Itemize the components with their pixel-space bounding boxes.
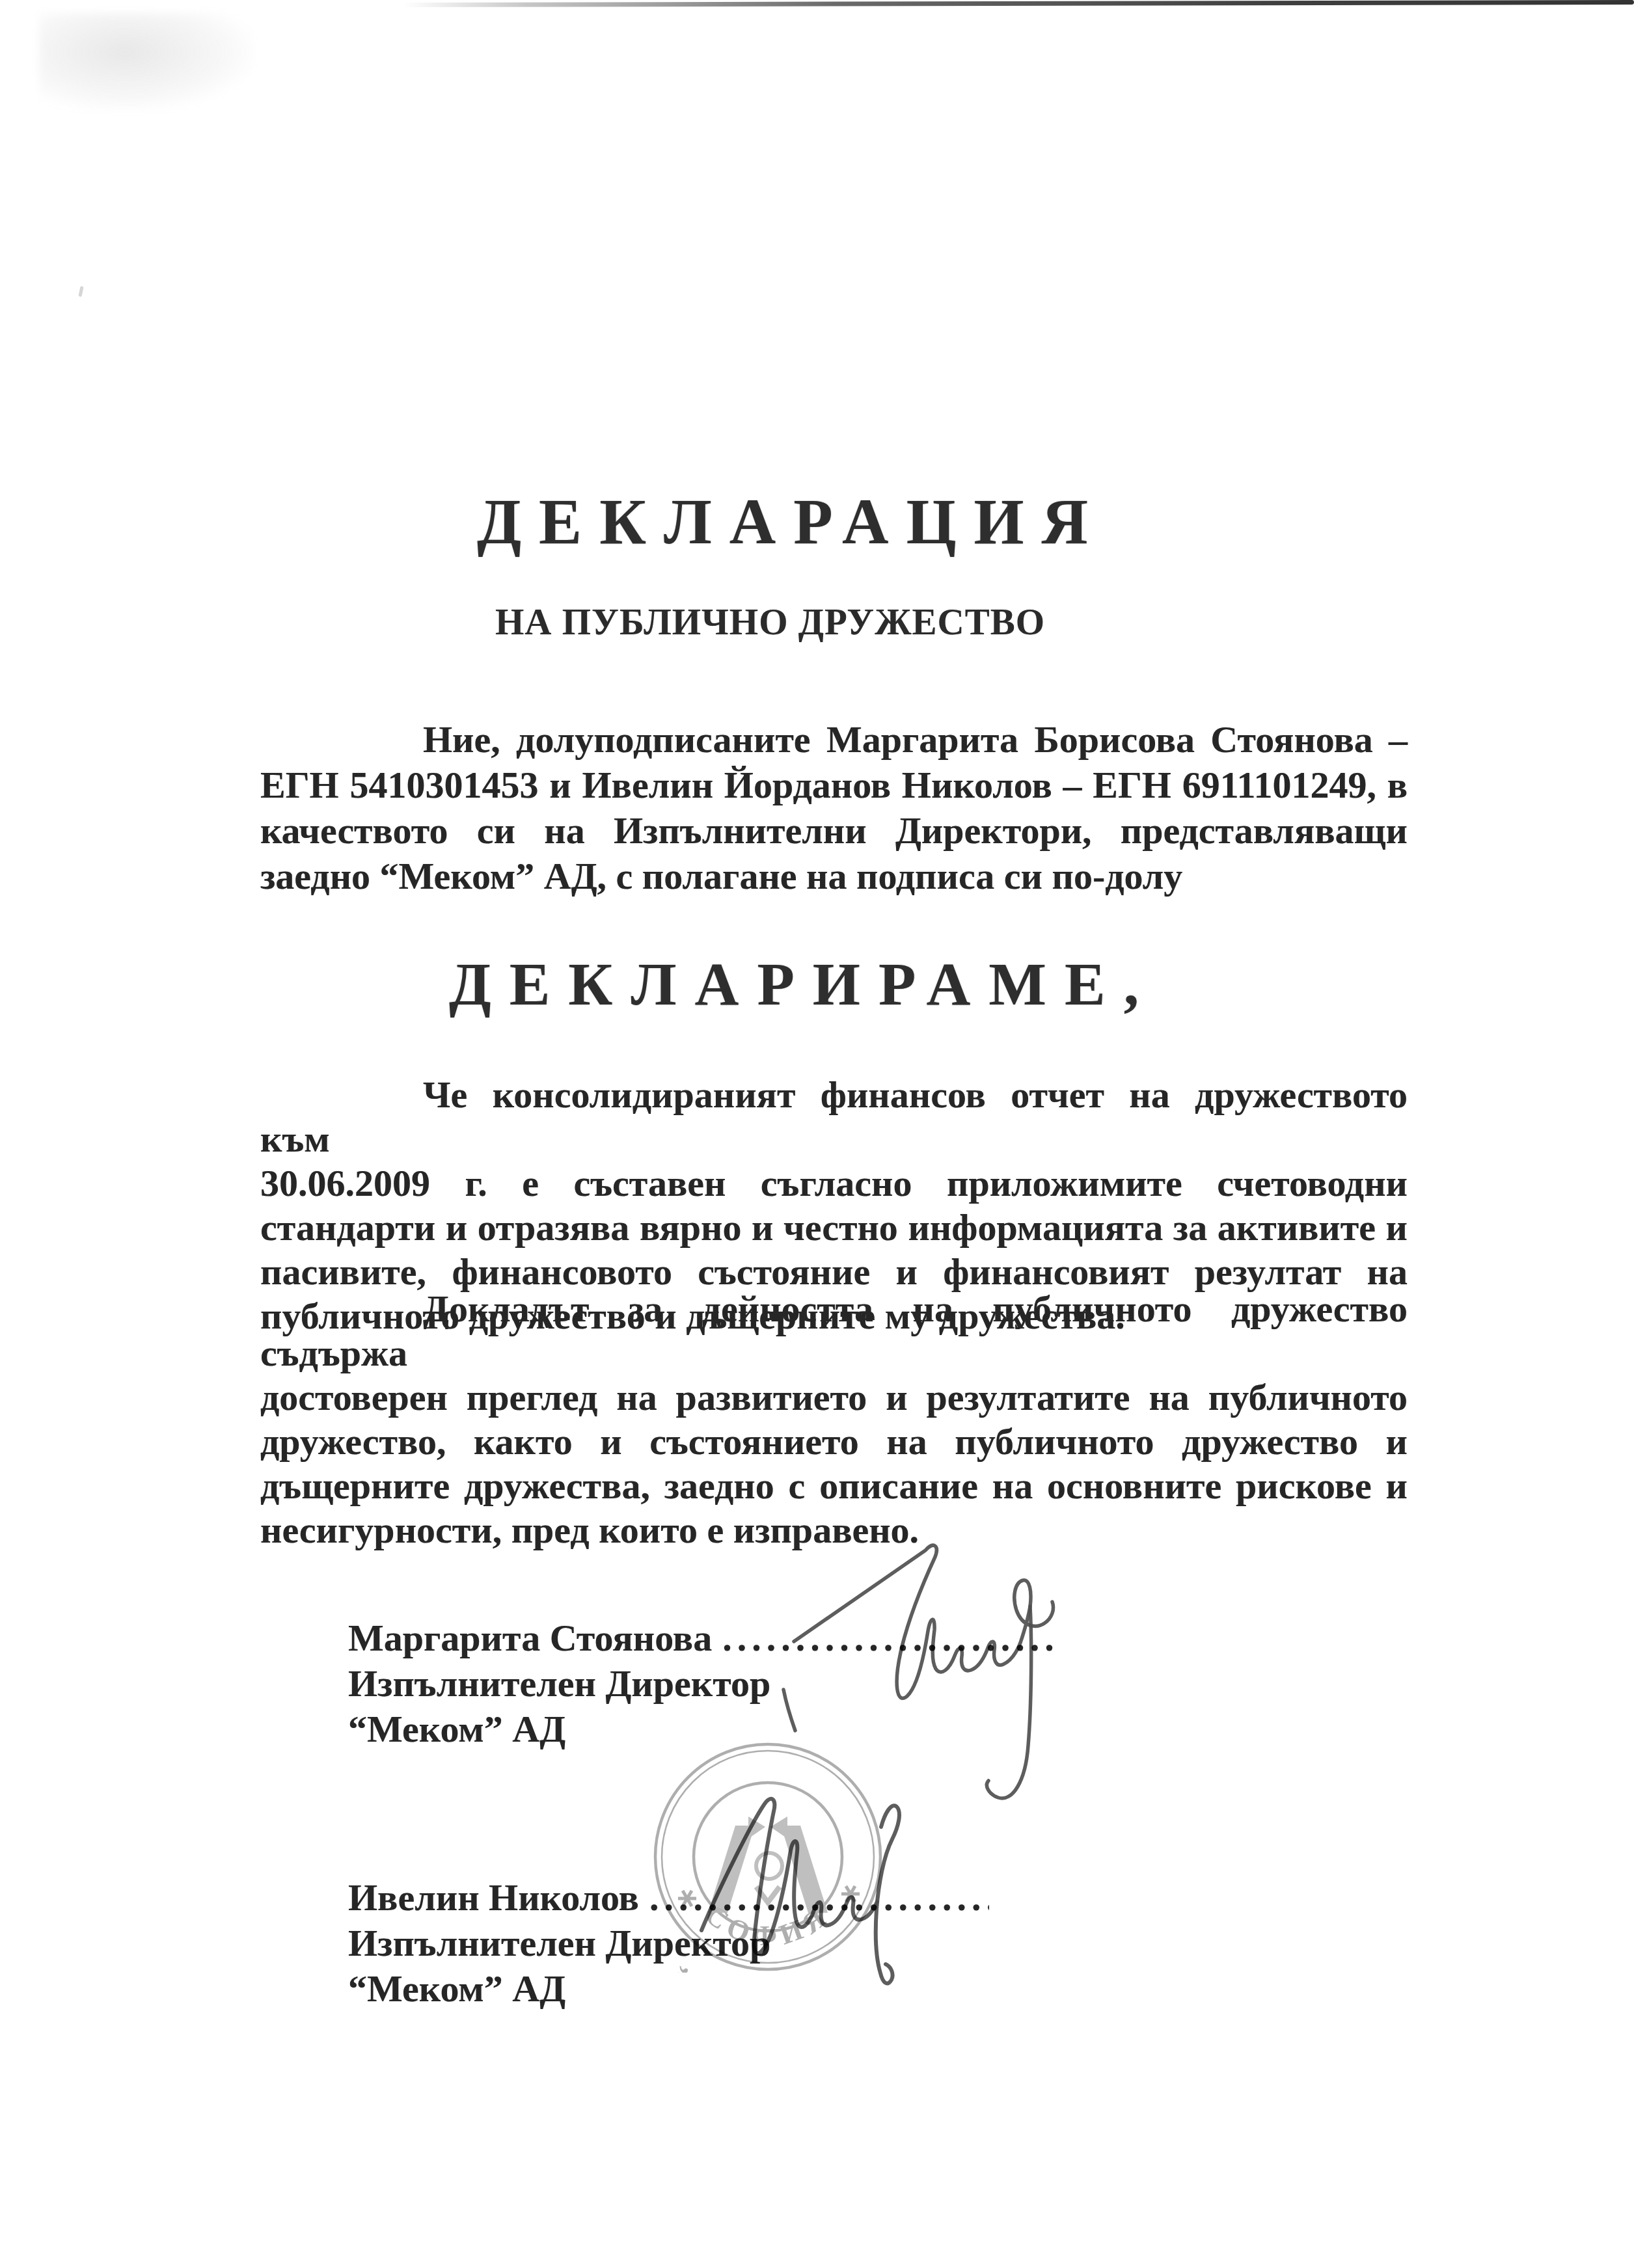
paragraph-line: Ние, долуподписаните Маргарита Борисова … [260, 717, 1408, 763]
paragraph-line: заедно “Меком” АД, с полагане на подписа… [260, 854, 1408, 899]
paragraph-line: стандарти и отразява вярно и честно инфо… [260, 1206, 1408, 1250]
paragraph-line: достоверен преглед на развитието и резул… [260, 1375, 1408, 1420]
paragraph-line: 30.06.2009 г. е съставен съгласно прилож… [260, 1161, 1408, 1206]
scanned-declaration-page: ДЕКЛАРАЦИЯ НА ПУБЛИЧНО ДРУЖЕСТВО Ние, до… [0, 0, 1634, 2268]
paragraph-declarants: Ние, долуподписаните Маргарита Борисова … [260, 717, 1408, 899]
document-subtitle: НА ПУБЛИЧНО ДРУЖЕСТВО [495, 601, 1045, 644]
handwritten-signature-stoyanova [774, 1532, 1129, 1822]
signatory-name: Ивелин Николов [348, 1875, 639, 1921]
paragraph-line: дружество, както и състоянието на публич… [260, 1420, 1408, 1464]
scan-artifact-top-edge [403, 0, 1634, 7]
signatory-name: Маргарита Стоянова [348, 1615, 712, 1661]
paragraph-line: Че консолидираният финансов отчет на дру… [260, 1073, 1408, 1161]
paragraph-line: качеството си на Изпълнителни Директори,… [260, 808, 1408, 854]
scan-artifact-speck [78, 286, 83, 297]
document-title: ДЕКЛАРАЦИЯ [477, 487, 1106, 558]
declare-heading: ДЕКЛАРИРАМЕ, [449, 951, 1157, 1018]
handwritten-signature-nikolov [690, 1790, 950, 2005]
paragraph-activity-report: Докладът за дейността на публичното друж… [260, 1287, 1408, 1552]
paragraph-line: дъщерните дружества, заедно с описание н… [260, 1464, 1408, 1508]
scan-artifact-smudge [39, 13, 254, 111]
paragraph-line: Докладът за дейността на публичното друж… [260, 1287, 1408, 1375]
paragraph-line: ЕГН 5410301453 и Ивелин Йорданов Николов… [260, 763, 1408, 808]
